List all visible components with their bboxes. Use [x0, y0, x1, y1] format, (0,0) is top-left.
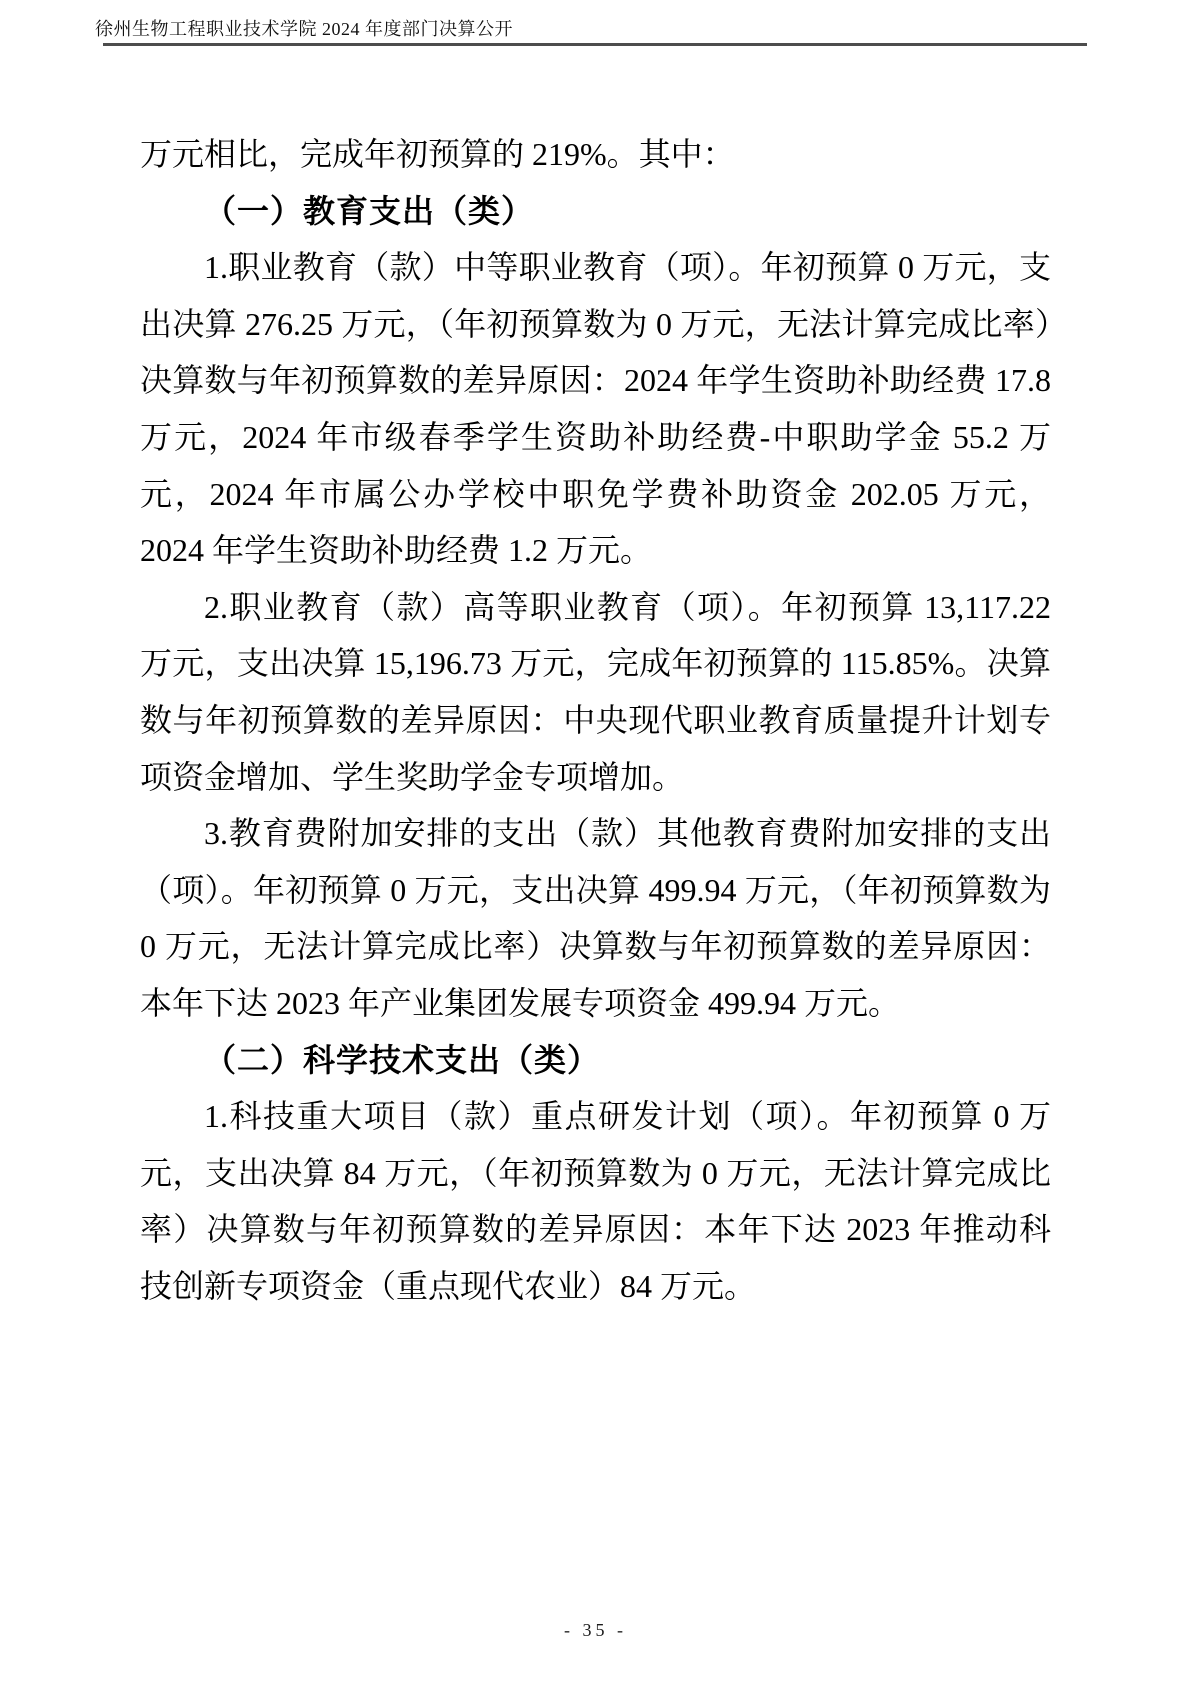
page-header: 徐州生物工程职业技术学院 2024 年度部门决算公开	[95, 18, 1090, 46]
intro-paragraph: 万元相比，完成年初预算的 219%。其中：	[140, 126, 1051, 183]
header-title: 徐州生物工程职业技术学院 2024 年度部门决算公开	[95, 18, 1090, 40]
body-paragraph: 2.职业教育（款）高等职业教育（项）。年初预算 13,117.22 万元，支出决…	[140, 579, 1051, 805]
page-footer: - 35 -	[0, 1620, 1191, 1641]
body-paragraph: 1.科技重大项目（款）重点研发计划（项）。年初预算 0 万元，支出决算 84 万…	[140, 1088, 1051, 1314]
page-number: - 35 -	[564, 1620, 627, 1640]
document-body: 万元相比，完成年初预算的 219%。其中： （一）教育支出（类）1.职业教育（款…	[140, 126, 1051, 1314]
sections-container: （一）教育支出（类）1.职业教育（款）中等职业教育（项）。年初预算 0 万元，支…	[140, 183, 1051, 1315]
body-paragraph: 1.职业教育（款）中等职业教育（项）。年初预算 0 万元，支出决算 276.25…	[140, 239, 1051, 579]
document-page: 徐州生物工程职业技术学院 2024 年度部门决算公开 万元相比，完成年初预算的 …	[0, 0, 1191, 1684]
section-heading: （一）教育支出（类）	[140, 183, 1051, 240]
header-rule	[103, 43, 1087, 46]
body-paragraph: 3.教育费附加安排的支出（款）其他教育费附加安排的支出（项）。年初预算 0 万元…	[140, 805, 1051, 1031]
section-heading: （二）科学技术支出（类）	[140, 1032, 1051, 1089]
